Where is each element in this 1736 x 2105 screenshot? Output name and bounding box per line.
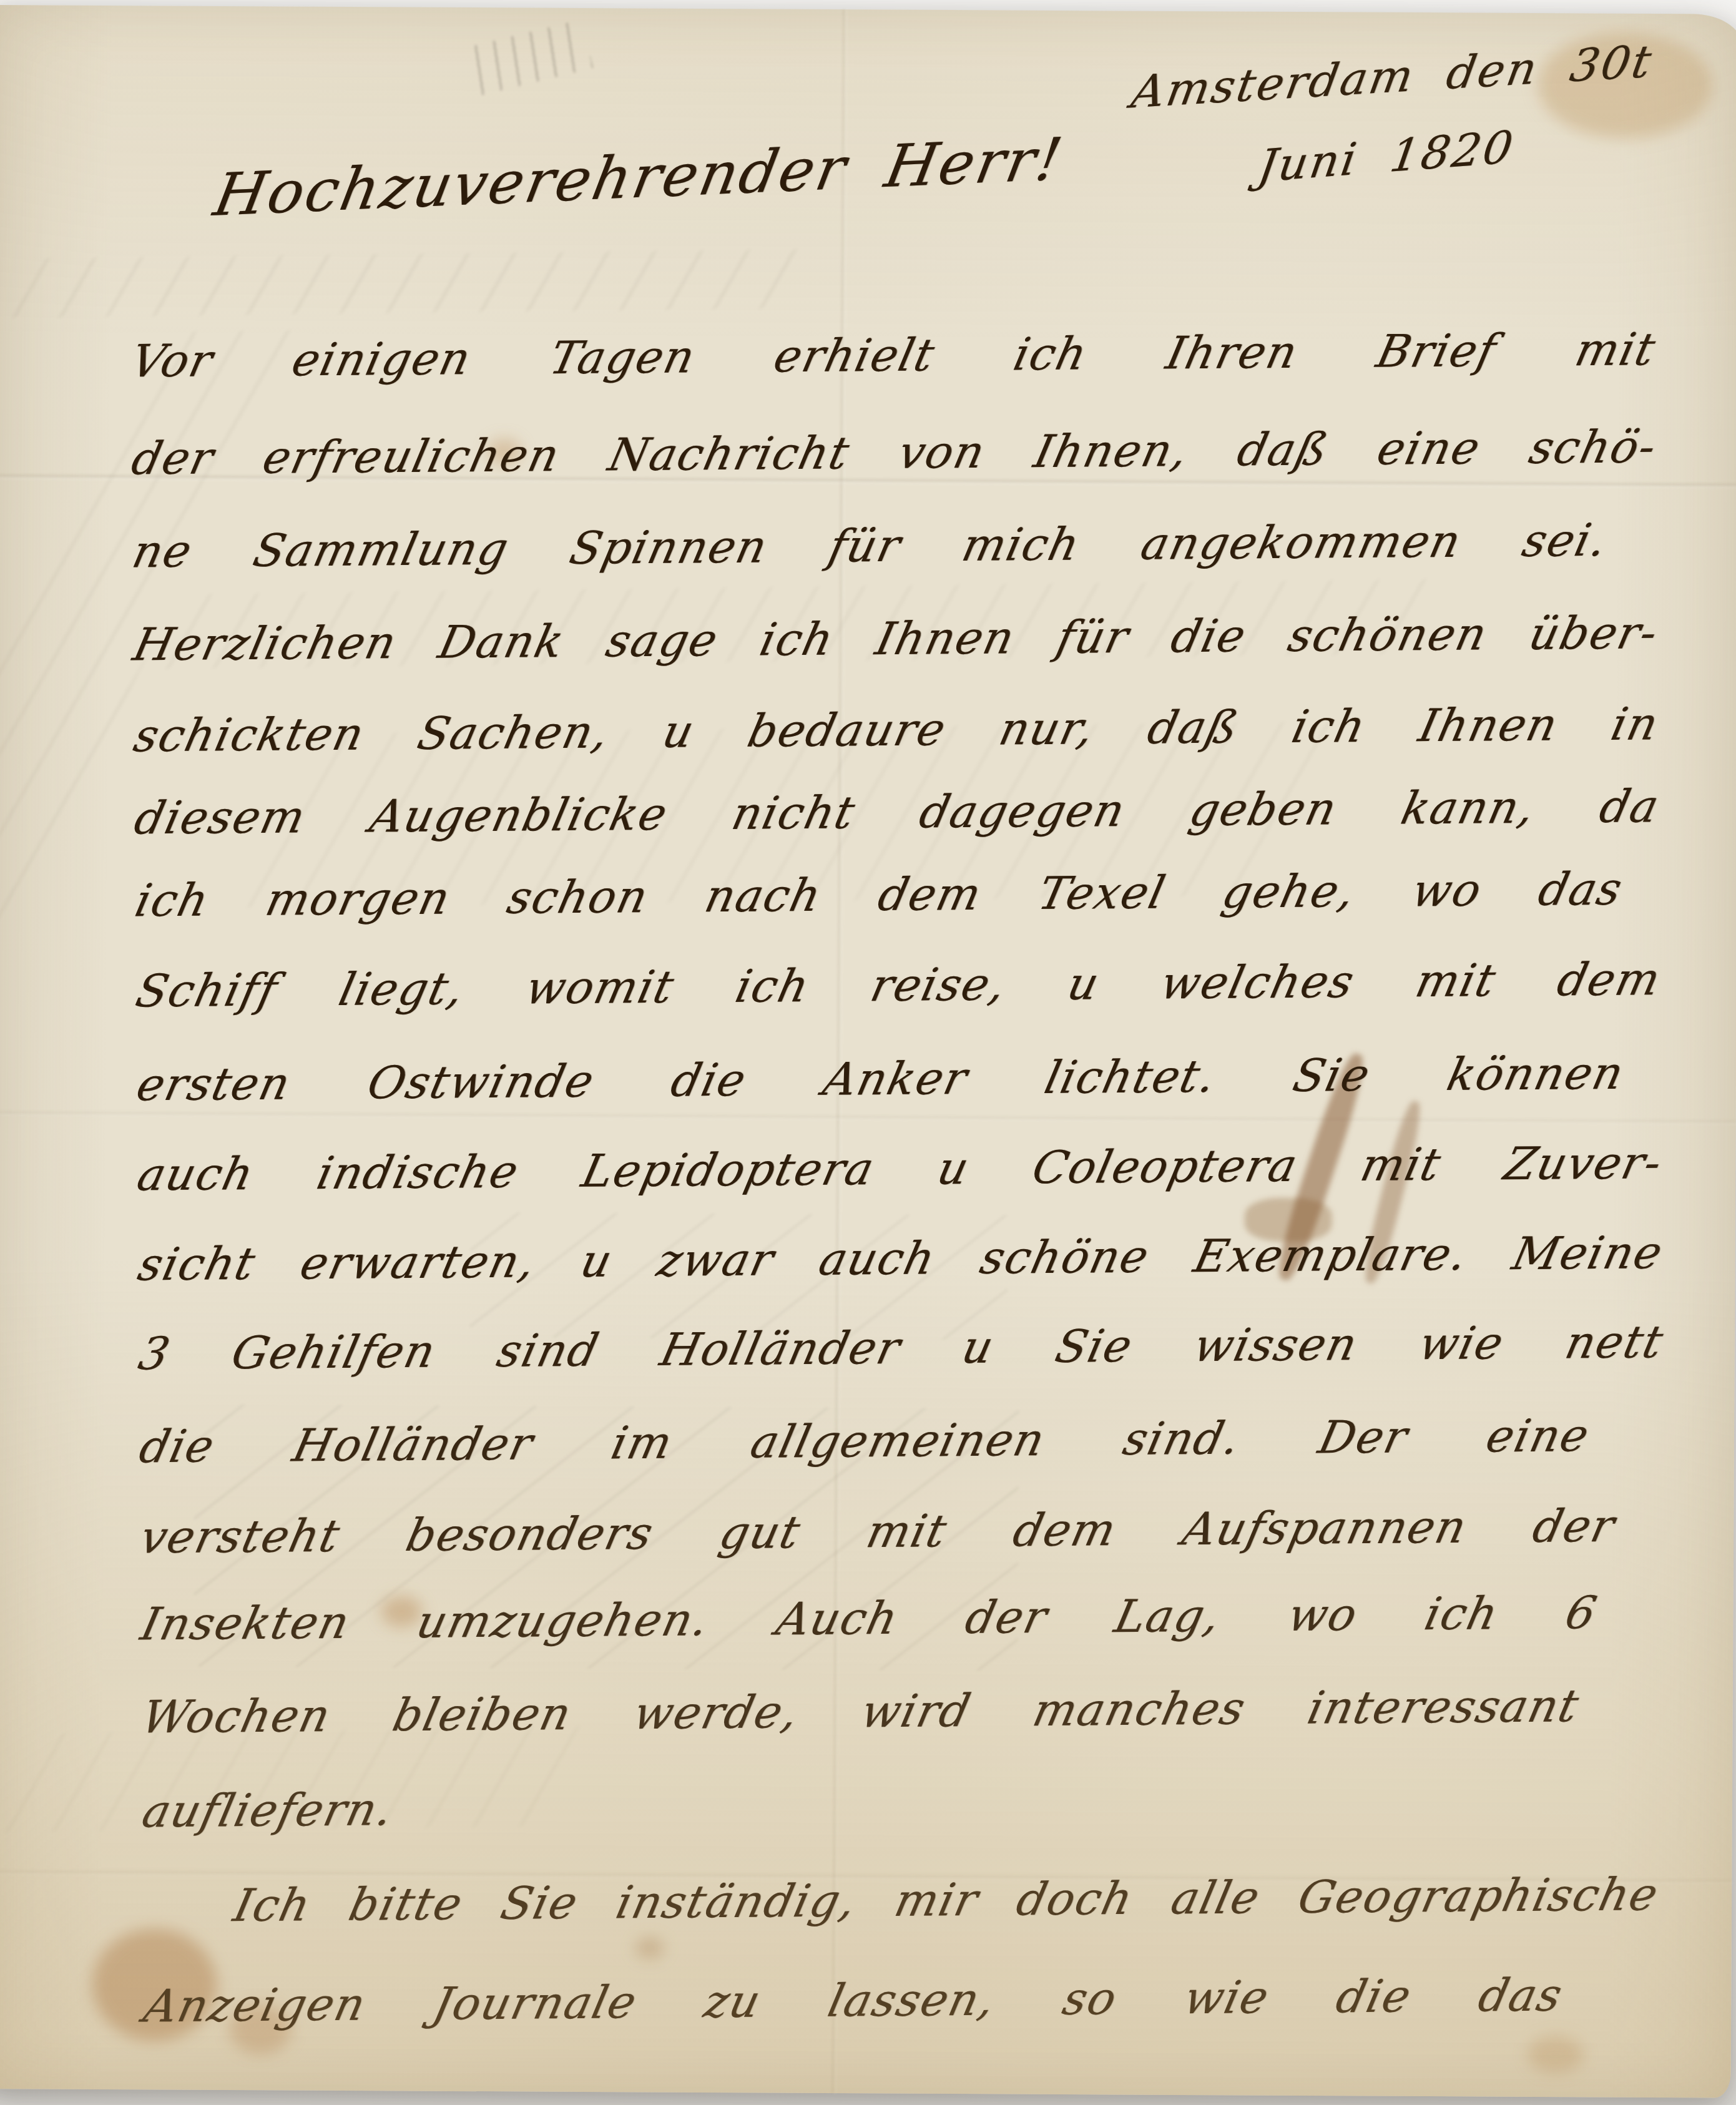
handwritten-line: 3 Gehilfen sind Holländer u Sie wissen w…: [134, 1317, 1669, 1378]
handwritten-line: schickten Sachen, u bedaure nur, daß ich…: [129, 699, 1664, 760]
handwritten-line: Herzlichen Dank sage ich Ihnen für die s…: [129, 608, 1663, 669]
letter-paper: Amsterdam den 30t Juni 1820 Hochzuverehr…: [0, 5, 1736, 2098]
handwritten-line: Wochen bleiben werde, wird manches inter…: [137, 1681, 1584, 1742]
handwritten-line: ich morgen schon nach dem Texel gehe, wo…: [130, 865, 1627, 926]
handwritten-line: versteht besonders gut mit dem Aufspanne…: [135, 1501, 1620, 1563]
handwritten-line: ne Sammlung Spinnen für mich angekommen …: [128, 516, 1612, 577]
dateline-date: Juni 1820: [1255, 120, 1518, 192]
salutation: Hochzuverehrender Herr!: [208, 125, 1069, 230]
letter-text-block: Amsterdam den 30t Juni 1820 Hochzuverehr…: [0, 2, 1736, 2100]
handwritten-line: Anzeigen Journale zu lassen, so wie die …: [139, 1970, 1567, 2031]
handwritten-line: Schiff liegt, womit ich reise, u welches…: [132, 954, 1666, 1016]
handwritten-line: Ich bitte Sie inständig, mir doch alle G…: [229, 1870, 1664, 1930]
dateline-place: Amsterdam den 30t: [1128, 35, 1657, 119]
handwritten-line: Vor einigen Tagen erhielt ich Ihren Brie…: [127, 325, 1661, 386]
handwritten-line: ersten Ostwinde die Anker lichtet. Sie k…: [132, 1049, 1629, 1110]
handwritten-line: aufliefern.: [138, 1775, 1672, 1836]
handwritten-line: diesem Augenblicke nicht dagegen geben k…: [130, 782, 1664, 843]
handwritten-line: die Holländer im allgemeinen sind. Der e…: [135, 1411, 1594, 1472]
handwritten-line: Insekten umzugehen. Auch der Lag, wo ich…: [137, 1588, 1602, 1649]
handwritten-line: auch indische Lepidoptera u Coleoptera m…: [133, 1138, 1667, 1199]
handwritten-line: sicht erwarten, u zwar auch schöne Exemp…: [134, 1228, 1668, 1289]
handwritten-line: der erfreulichen Nachricht von Ihnen, da…: [127, 422, 1662, 483]
